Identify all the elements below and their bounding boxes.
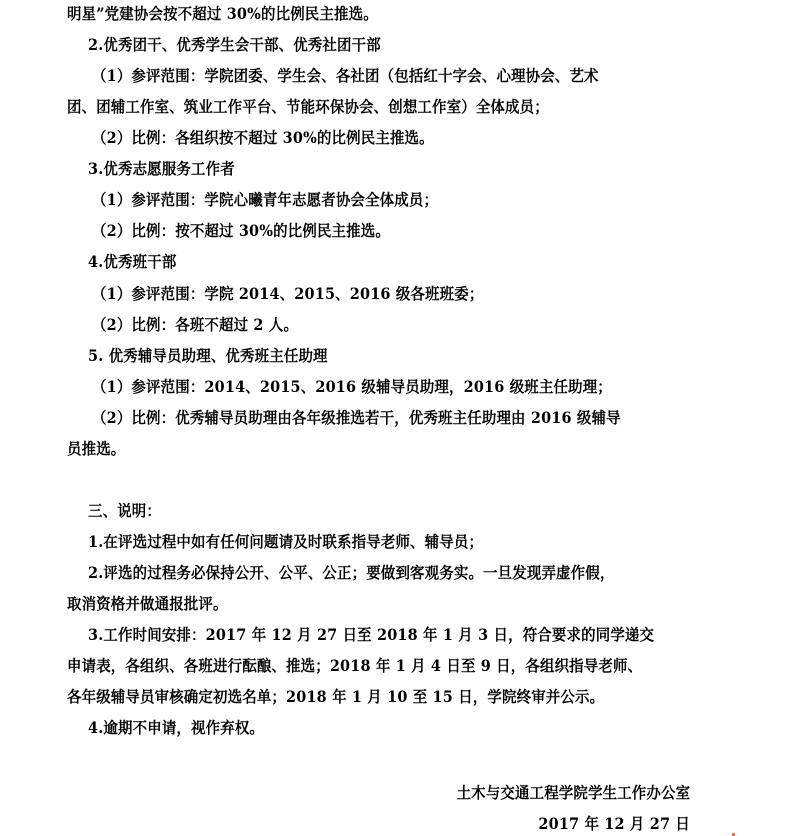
item-3-heading: 3.优秀志愿服务工作者 — [88, 159, 235, 179]
signature-office: 土木与交通工程学院学生工作办公室 — [456, 783, 690, 803]
item-4-heading: 4.优秀班干部 — [88, 252, 176, 272]
item-2-ratio: （2）比例：各组织按不超过 30%的比例民主推选。 — [92, 128, 434, 148]
signature-date: 2017 年 12 月 27 日 — [538, 814, 690, 834]
note-3-line-1: 3.工作时间安排：2017 年 12 月 27 日至 2018 年 1 月 3 … — [88, 625, 654, 645]
item-5-scope: （1）参评范围：2014、2015、2016 级辅导员助理，2016 级班主任助… — [92, 377, 612, 397]
item-5-ratio-line-1: （2）比例：优秀辅导员助理由各年级推选若干，优秀班主任助理由 2016 级辅导 — [92, 408, 621, 428]
item-3-scope: （1）参评范围：学院心曦青年志愿者协会全体成员； — [92, 190, 438, 210]
item-2-scope-line-1: （1）参评范围：学院团委、学生会、各社团（包括红十字会、心理协会、艺术 — [92, 66, 599, 86]
note-4: 4.逾期不申请，视作弃权。 — [88, 718, 264, 738]
section-3-heading: 三、说明： — [88, 501, 161, 521]
document-page: 明星”党建协会按不超过 30%的比例民主推选。 2.优秀团干、优秀学生会干部、优… — [0, 0, 792, 836]
item-2-scope-line-2: 团、团辅工作室、筑业工作平台、节能环保协会、创想工作室）全体成员； — [67, 97, 549, 117]
note-3-line-2: 申请表，各组织、各班进行酝酿、推选；2018 年 1 月 4 日至 9 日，各组… — [67, 656, 642, 676]
note-3-line-3: 各年级辅导员审核确定初选名单；2018 年 1 月 10 至 15 日，学院终审… — [67, 687, 604, 707]
item-5-heading: 5. 优秀辅导员助理、优秀班主任助理 — [88, 346, 328, 366]
item-3-ratio: （2）比例：按不超过 30%的比例民主推选。 — [92, 221, 390, 241]
note-2-line-1: 2.评选的过程务必保持公开、公平、公正；要做到客观务实。一旦发现弄虚作假， — [88, 563, 614, 583]
continuation-line: 明星”党建协会按不超过 30%的比例民主推选。 — [67, 4, 378, 24]
note-2-line-2: 取消资格并做通报批评。 — [67, 594, 228, 614]
item-5-ratio-line-2: 员推选。 — [67, 439, 125, 459]
item-2-heading: 2.优秀团干、优秀学生会干部、优秀社团干部 — [88, 35, 381, 55]
item-4-scope: （1）参评范围：学院 2014、2015、2016 级各班班委； — [92, 284, 483, 304]
item-4-ratio: （2）比例：各班不超过 2 人。 — [92, 315, 298, 335]
note-1: 1.在评选过程中如有任何问题请及时联系指导老师、辅导员； — [88, 532, 483, 552]
